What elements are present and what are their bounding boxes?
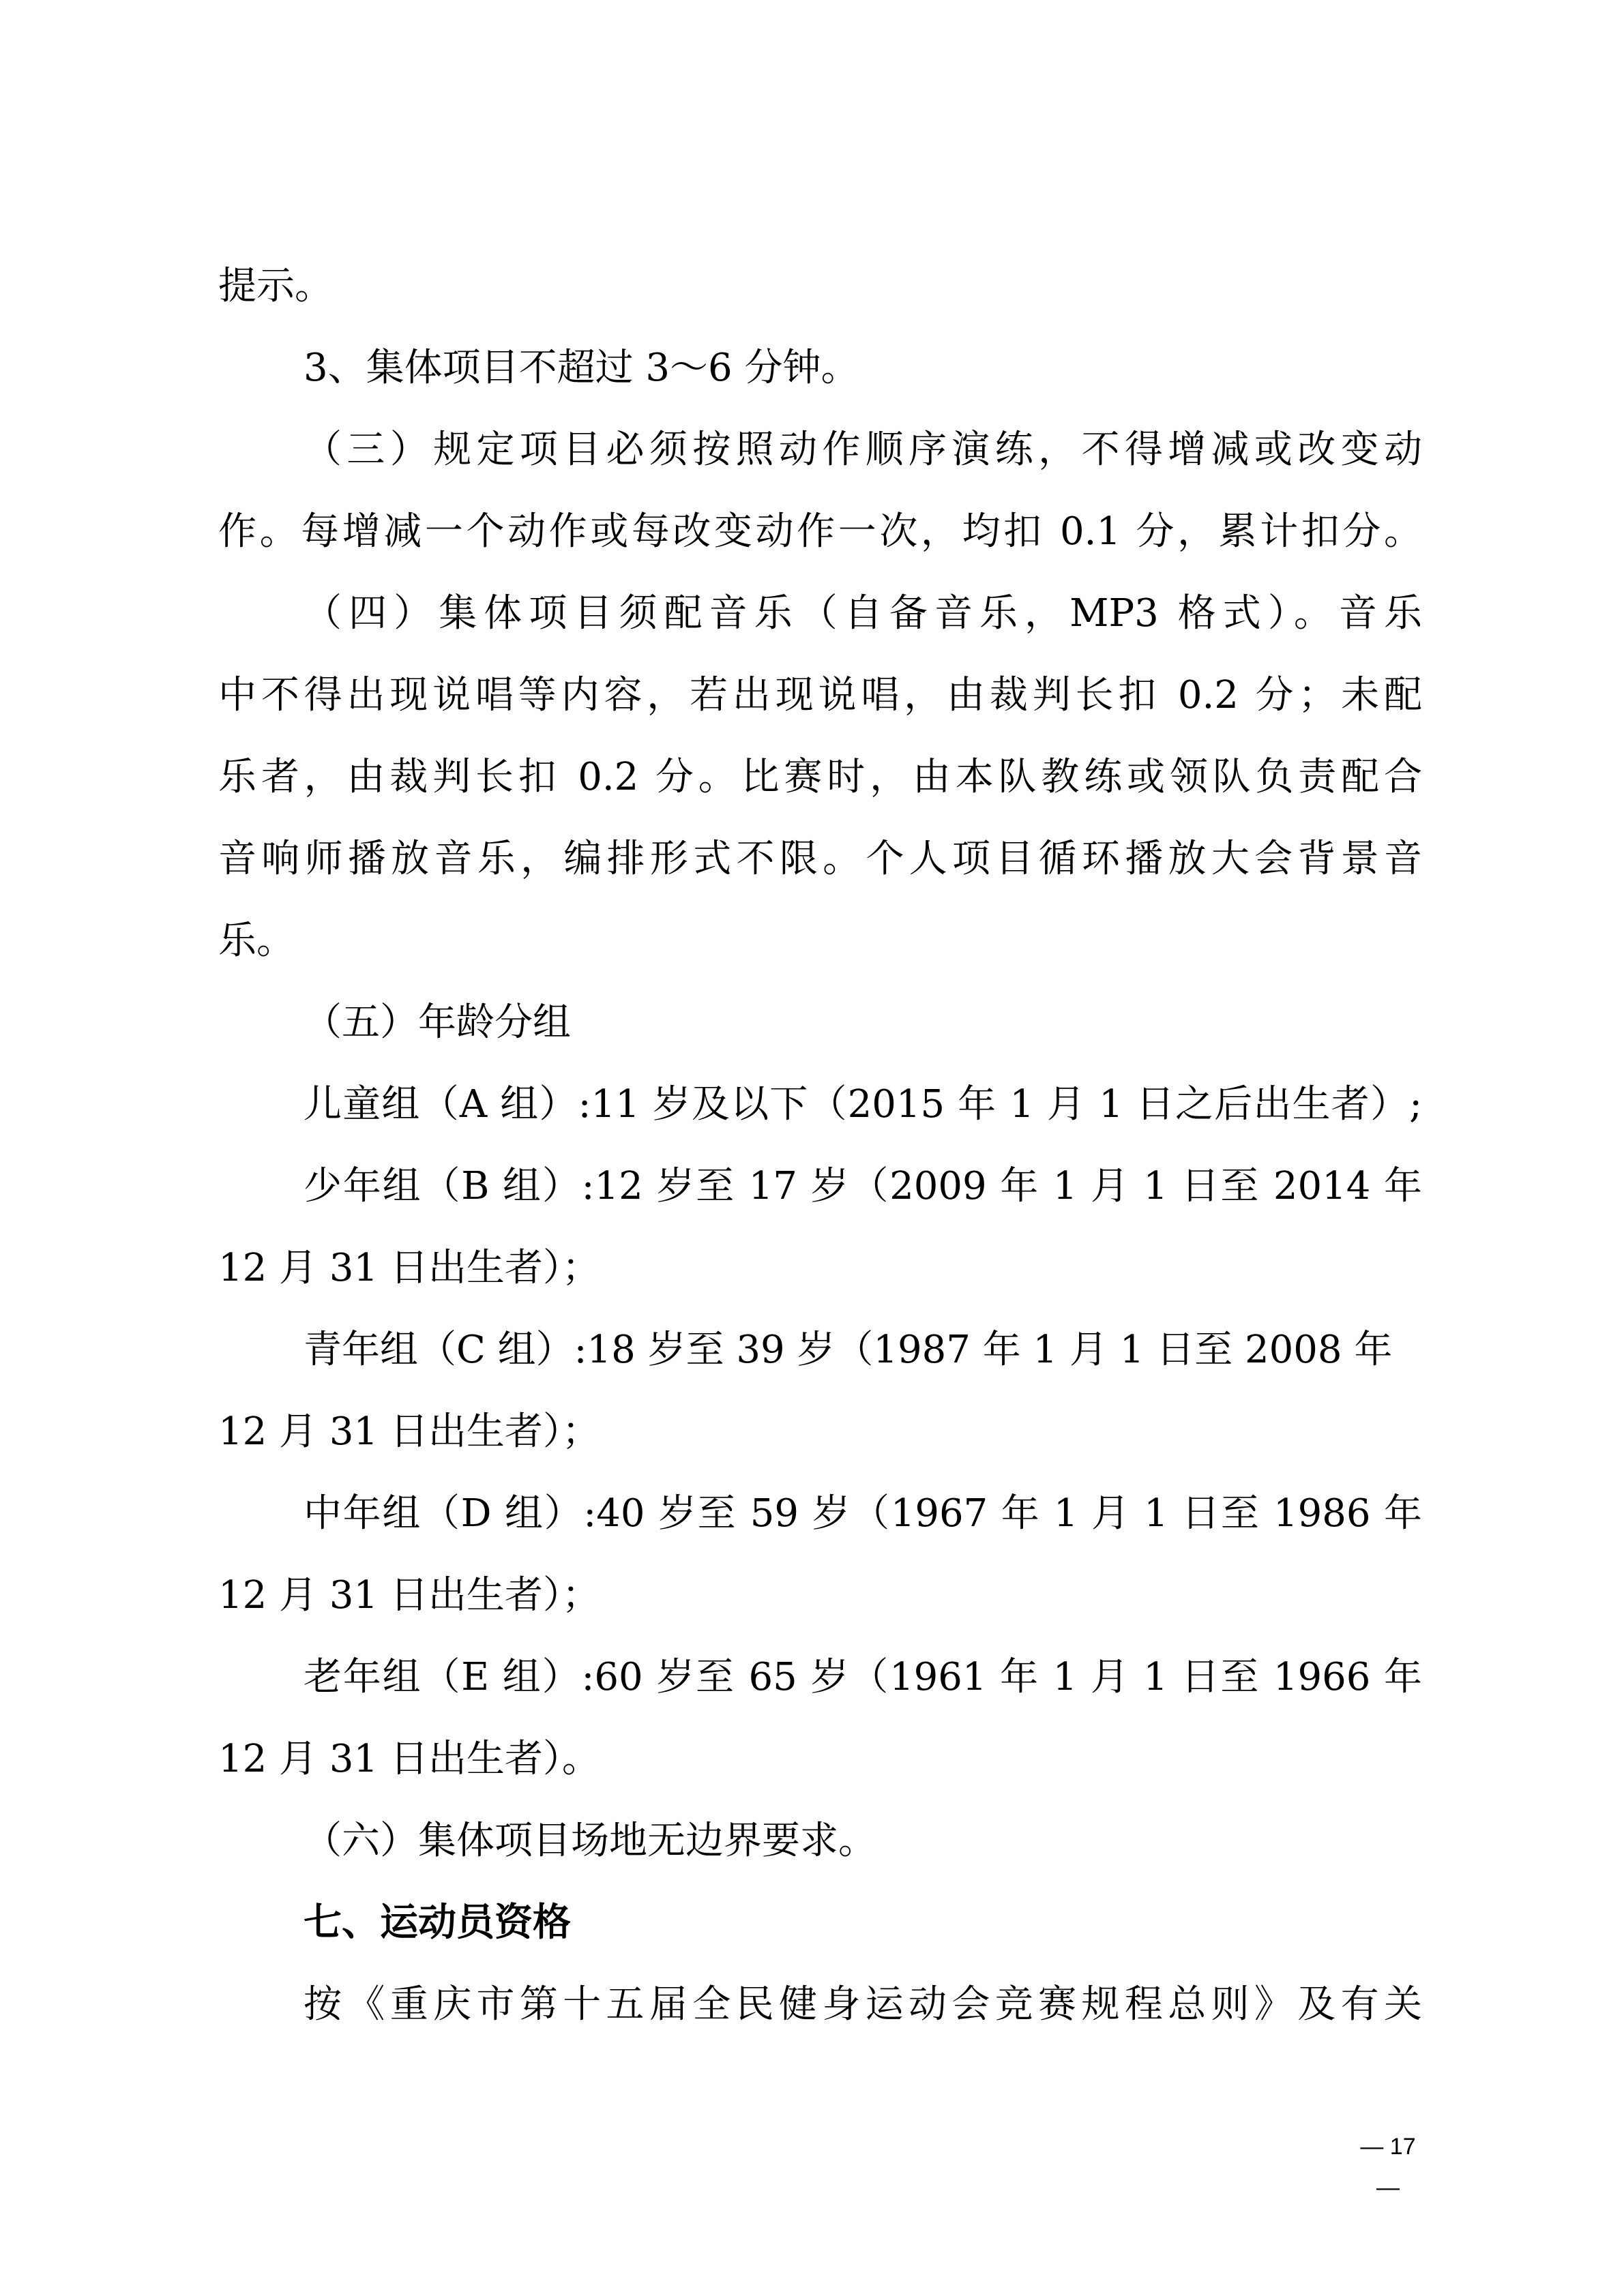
document-page: 提示。 3、集体项目不超过 3～6 分钟。 （三）规定项目必须按照动作顺序演练，… <box>0 0 1624 2296</box>
paragraph-line: 作。每增减一个动作或每改变动作一次，均扣 0.1 分，累计扣分。 <box>218 491 1422 573</box>
paragraph-line: 乐者，由裁判长扣 0.2 分。比赛时，由本队教练或领队负责配合 <box>218 736 1422 818</box>
age-group-e-line-cont: 12 月 31 日出生者）。 <box>218 1718 1422 1800</box>
paragraph-line: 音响师播放音乐，编排形式不限。个人项目循环播放大会背景音 <box>218 818 1422 900</box>
page-number: — 17 — <box>1347 2126 1429 2167</box>
paragraph-line: （四）集体项目须配音乐（自备音乐，MP3 格式）。音乐 <box>218 573 1422 655</box>
paragraph-line: 按《重庆市第十五届全民健身运动会竞赛规程总则》及有关 <box>218 1964 1422 2046</box>
age-group-c-line: 青年组（C 组）:18 岁至 39 岁（1987 年 1 月 1 日至 2008… <box>218 1309 1422 1391</box>
paragraph-line: （六）集体项目场地无边界要求。 <box>218 1800 1422 1882</box>
age-group-b-line-cont: 12 月 31 日出生者）； <box>218 1227 1422 1309</box>
age-group-a-line: 儿童组（A 组）:11 岁及以下（2015 年 1 月 1 日之后出生者）; <box>218 1064 1422 1146</box>
age-group-b-line: 少年组（B 组）:12 岁至 17 岁（2009 年 1 月 1 日至 2014… <box>218 1146 1422 1227</box>
age-group-c-line-cont: 12 月 31 日出生者）； <box>218 1391 1422 1473</box>
paragraph-line: 乐。 <box>218 900 1422 982</box>
paragraph-line: （三）规定项目必须按照动作顺序演练，不得增减或改变动 <box>218 409 1422 491</box>
age-group-d-line-cont: 12 月 31 日出生者）； <box>218 1555 1422 1637</box>
section-heading-athlete-eligibility: 七、运动员资格 <box>218 1882 1422 1964</box>
body-text: 提示。 3、集体项目不超过 3～6 分钟。 （三）规定项目必须按照动作顺序演练，… <box>218 245 1422 2046</box>
paragraph-line: 提示。 <box>218 245 1422 327</box>
age-group-d-line: 中年组（D 组）:40 岁至 59 岁（1967 年 1 月 1 日至 1986… <box>218 1473 1422 1555</box>
paragraph-line: 3、集体项目不超过 3～6 分钟。 <box>218 327 1422 409</box>
paragraph-line: 中不得出现说唱等内容，若出现说唱，由裁判长扣 0.2 分；未配 <box>218 655 1422 736</box>
age-group-e-line: 老年组（E 组）:60 岁至 65 岁（1961 年 1 月 1 日至 1966… <box>218 1637 1422 1718</box>
subsection-heading-age-groups: （五）年龄分组 <box>218 982 1422 1064</box>
